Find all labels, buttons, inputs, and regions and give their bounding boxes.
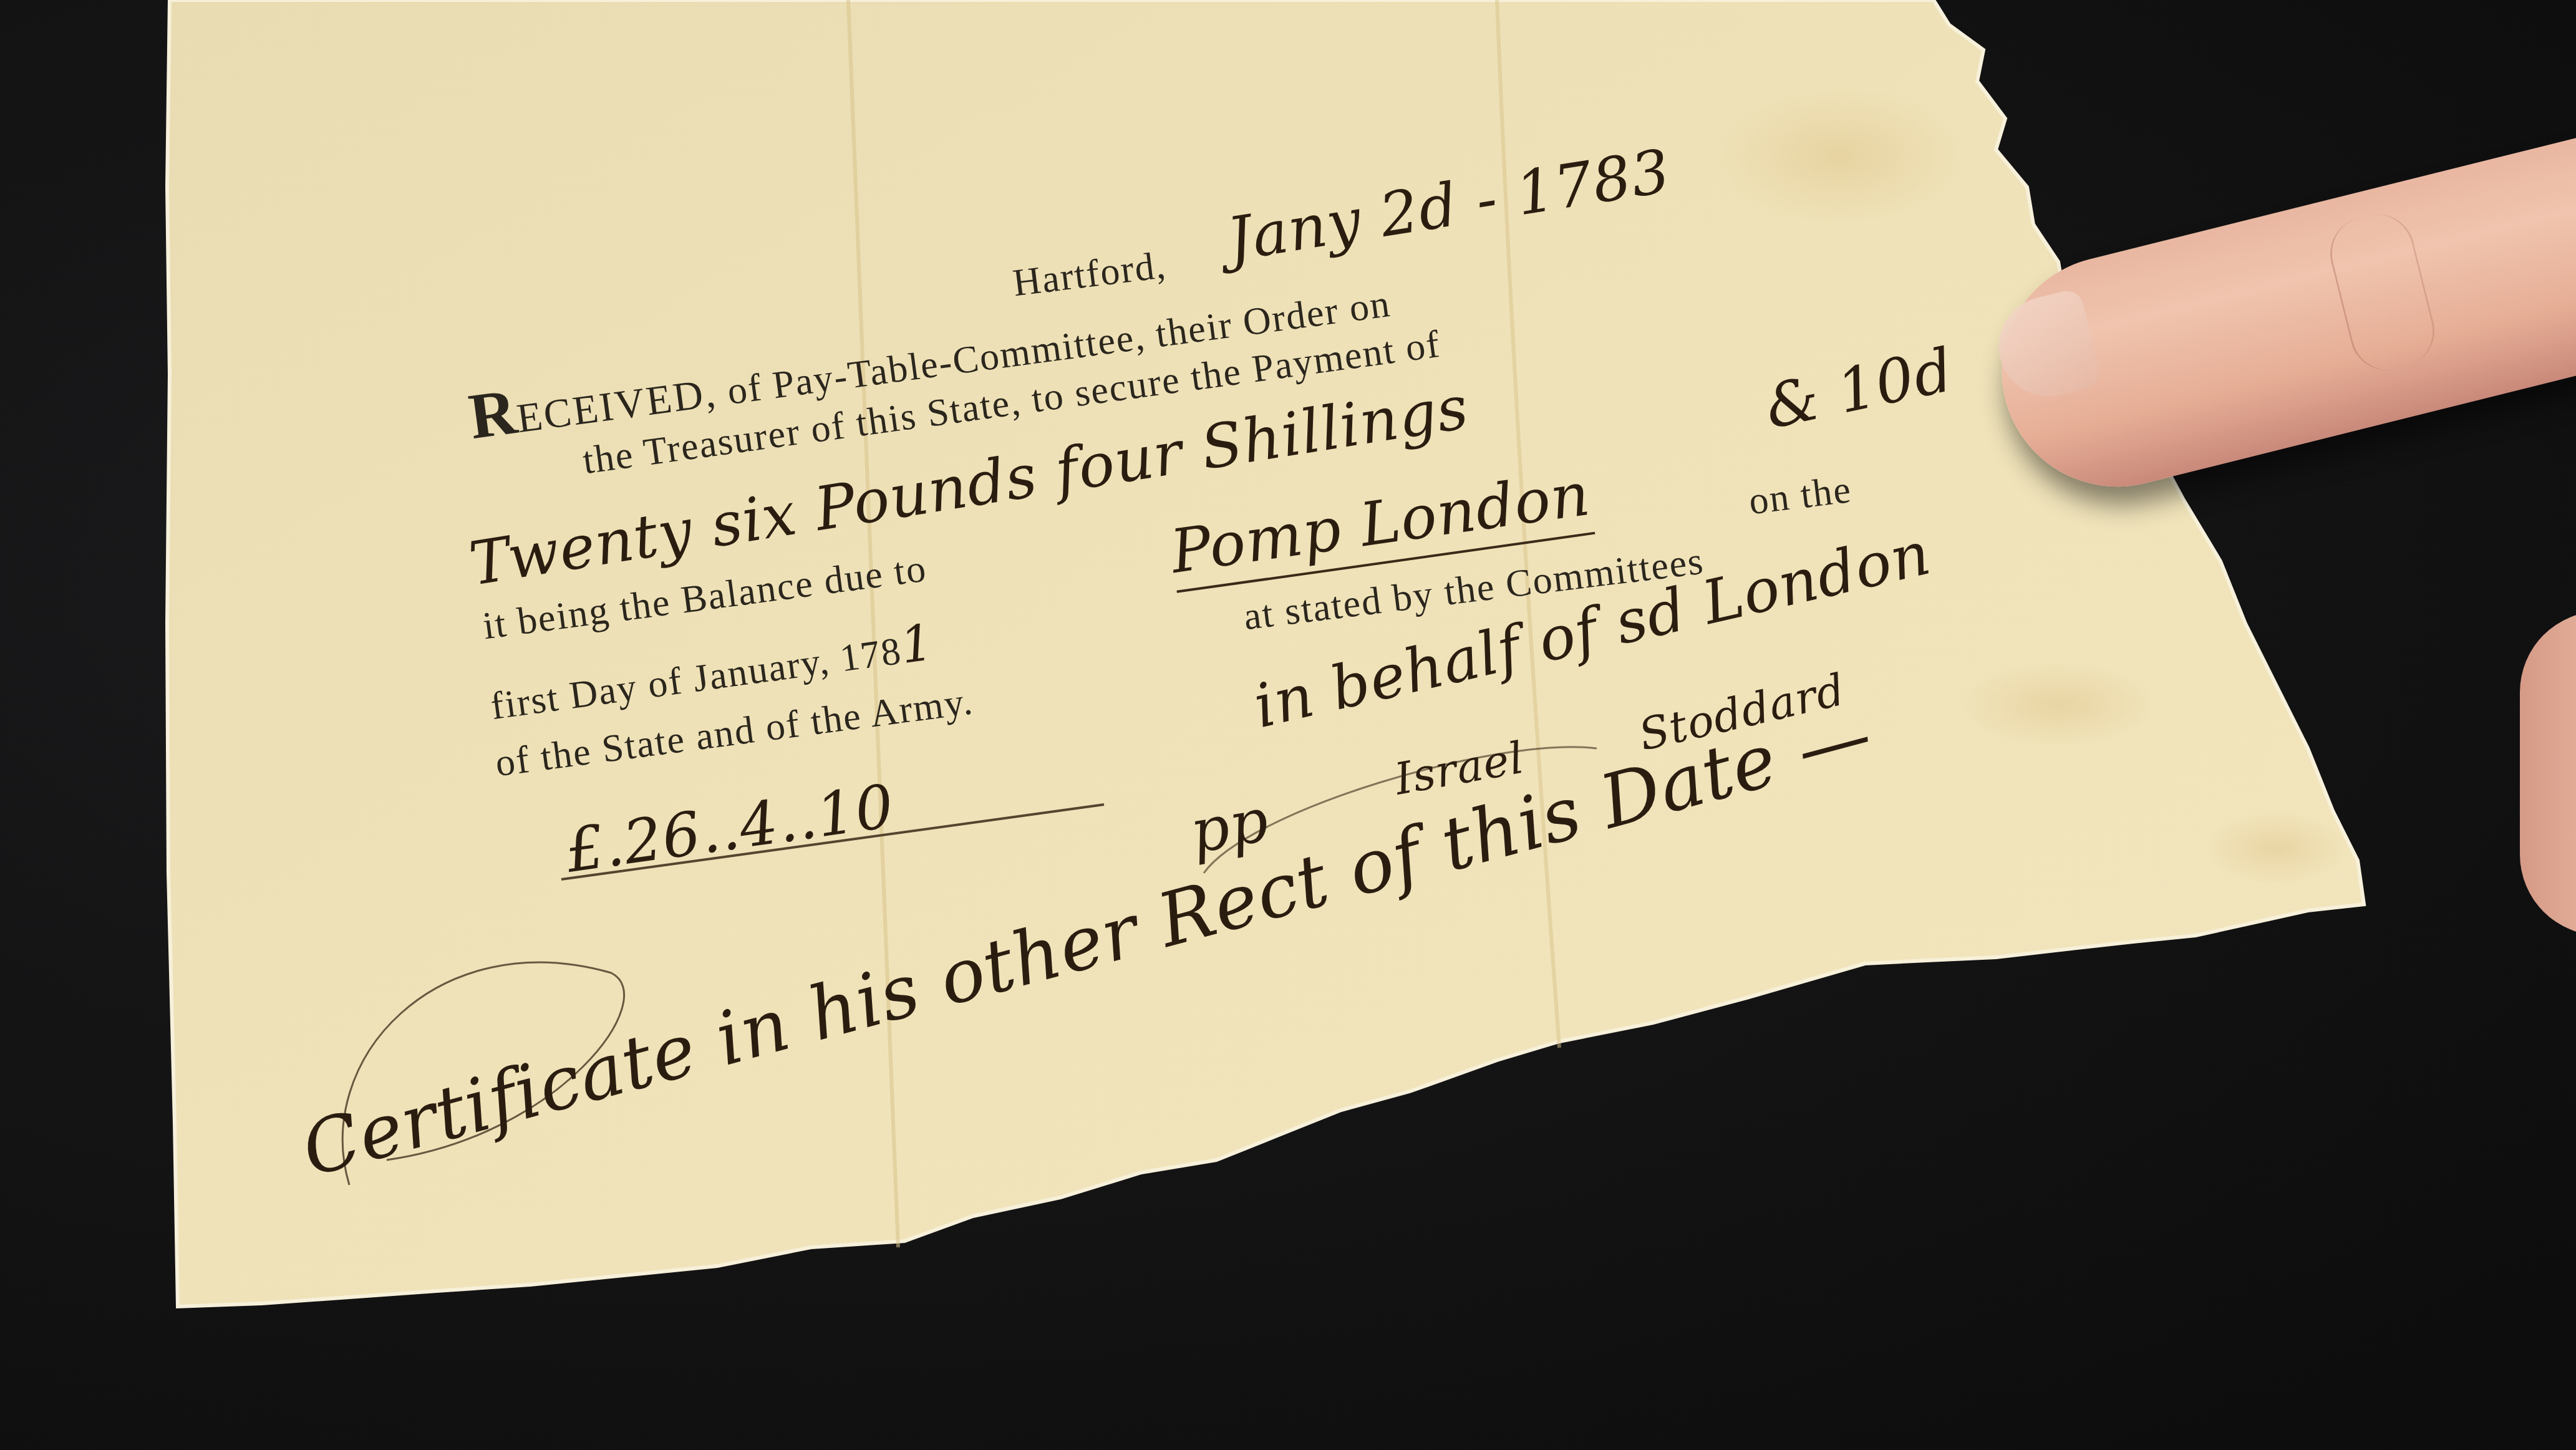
knuckle-crease [2322, 206, 2442, 378]
drop-cap: R [465, 375, 521, 453]
thumb-edge [2520, 611, 2576, 935]
photo-stage: Hartford, Jany 2d - 1783 RECEIVED, of Pa… [0, 0, 2576, 1450]
